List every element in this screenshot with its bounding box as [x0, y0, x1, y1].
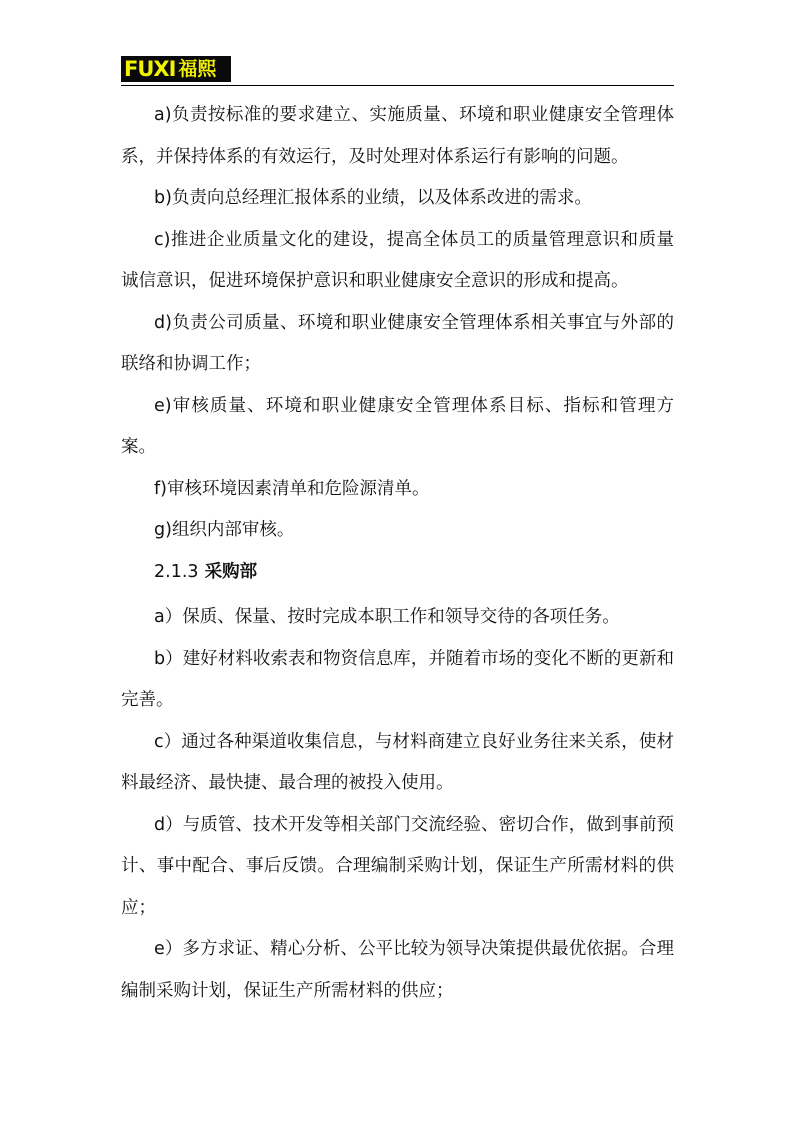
list-item: a)负责按标准的要求建立、实施质量、环境和职业健康安全管理体系，并保持体系的有效… — [121, 95, 674, 178]
list-item: d）与质管、技术开发等相关部门交流经验、密切合作，做到事前预计、事中配合、事后反… — [121, 805, 674, 930]
list-item: g)组织内部审核。 — [121, 510, 674, 552]
logo-cjk-text: 福熙 — [178, 56, 216, 82]
item-label: b） — [154, 649, 183, 669]
list-item: e）多方求证、精心分析、公平比较为领导决策提供最优依据。合理编制采购计划，保证生… — [121, 929, 674, 1012]
item-text: 多方求证、精心分析、公平比较为领导决策提供最优依据。合理编制采购计划，保证生产所… — [121, 939, 674, 1001]
list-item: f)审核环境因素清单和危险源清单。 — [121, 469, 674, 511]
item-text: 通过各种渠道收集信息，与材料商建立良好业务往来关系，使材料最经济、最快捷、最合理… — [121, 732, 674, 794]
section-heading: 2.1.3 采购部 — [121, 552, 674, 594]
list-item: e)审核质量、环境和职业健康安全管理体系目标、指标和管理方案。 — [121, 386, 674, 469]
item-label: e） — [154, 939, 182, 959]
item-label: f) — [154, 479, 167, 499]
list-item: d)负责公司质量、环境和职业健康安全管理体系相关事宜与外部的联络和协调工作； — [121, 303, 674, 386]
item-label: a） — [154, 607, 182, 627]
company-logo: FUXI 福熙 — [121, 56, 231, 82]
item-text: 组织内部审核。 — [172, 520, 295, 540]
list-item: c)推进企业质量文化的建设，提高全体员工的质量管理意识和质量诚信意识，促进环境保… — [121, 220, 674, 303]
list-item: a）保质、保量、按时完成本职工作和领导交待的各项任务。 — [121, 597, 674, 639]
item-text: 推进企业质量文化的建设，提高全体员工的质量管理意识和质量诚信意识，促进环境保护意… — [121, 230, 674, 292]
item-label: b) — [154, 188, 172, 208]
item-text: 审核环境因素清单和危险源清单。 — [167, 479, 430, 499]
item-label: g) — [154, 520, 172, 540]
section-title: 采购部 — [205, 562, 258, 582]
item-label: c) — [154, 230, 170, 250]
item-text: 负责公司质量、环境和职业健康安全管理体系相关事宜与外部的联络和协调工作； — [121, 313, 674, 375]
page-header: FUXI 福熙 — [121, 56, 674, 86]
section-number: 2.1.3 — [154, 562, 199, 582]
item-text: 负责按标准的要求建立、实施质量、环境和职业健康安全管理体系，并保持体系的有效运行… — [121, 105, 674, 167]
item-text: 负责向总经理汇报体系的业绩，以及体系改进的需求。 — [172, 188, 592, 208]
item-text: 保质、保量、按时完成本职工作和领导交待的各项任务。 — [182, 607, 620, 627]
item-label: d) — [154, 313, 172, 333]
logo-latin-text: FUXI — [124, 56, 175, 82]
document-body: a)负责按标准的要求建立、实施质量、环境和职业健康安全管理体系，并保持体系的有效… — [121, 95, 674, 1012]
list-item: c）通过各种渠道收集信息，与材料商建立良好业务往来关系，使材料最经济、最快捷、最… — [121, 722, 674, 805]
item-label: d） — [154, 815, 183, 835]
item-label: e) — [154, 396, 172, 416]
item-label: c） — [154, 732, 181, 752]
item-text: 审核质量、环境和职业健康安全管理体系目标、指标和管理方案。 — [121, 396, 674, 458]
item-text: 与质管、技术开发等相关部门交流经验、密切合作，做到事前预计、事中配合、事后反馈。… — [121, 815, 674, 918]
item-label: a) — [154, 105, 172, 125]
item-text: 建好材料收索表和物资信息库，并随着市场的变化不断的更新和完善。 — [121, 649, 674, 711]
list-item: b)负责向总经理汇报体系的业绩，以及体系改进的需求。 — [121, 178, 674, 220]
list-item: b）建好材料收索表和物资信息库，并随着市场的变化不断的更新和完善。 — [121, 639, 674, 722]
